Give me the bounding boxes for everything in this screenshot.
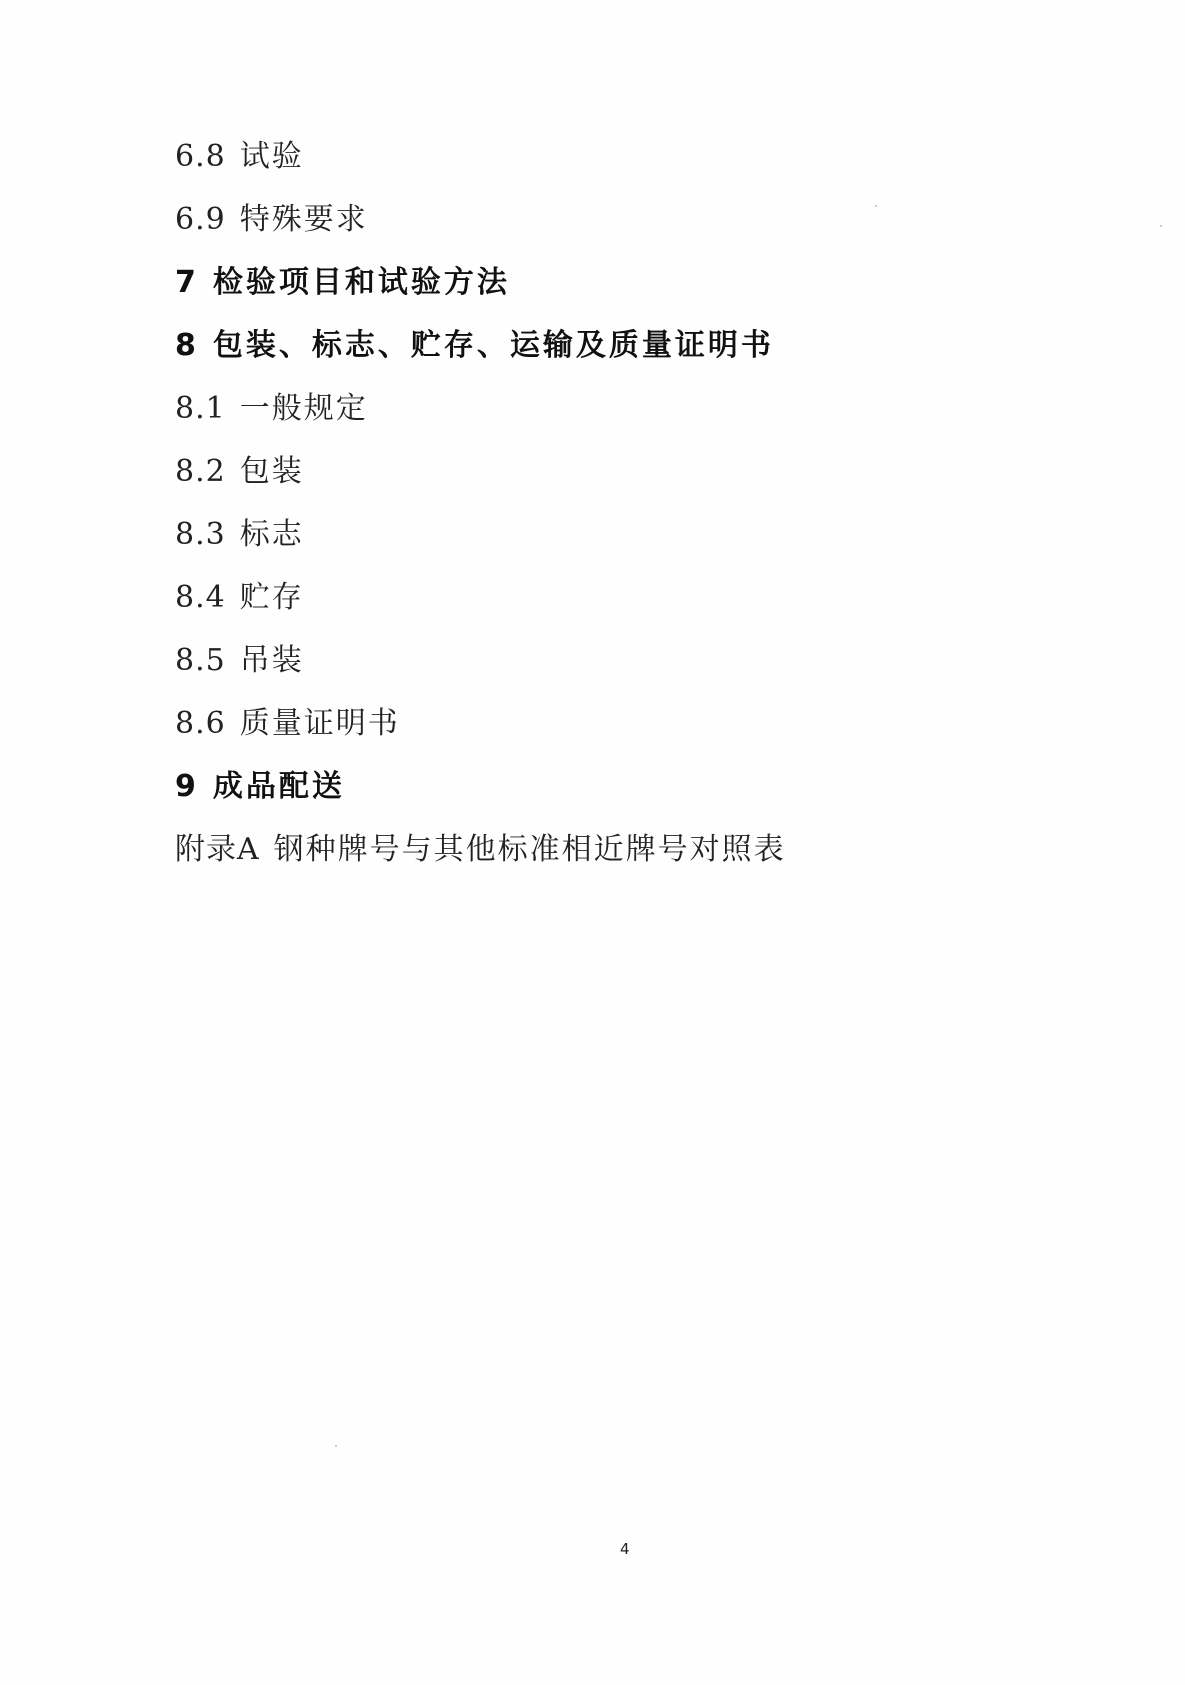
toc-entry-title: 包装、标志、贮存、运输及质量证明书 [213,328,774,363]
toc-entry-number: 附录A [175,829,260,871]
toc-entry-number: 7 [175,262,197,304]
toc-entry-title: 钢种牌号与其他标准相近牌号对照表 [274,832,786,867]
toc-entry-8-1: 8.1一般规定 [175,388,786,451]
table-of-contents: 6.8试验 6.9特殊要求 7检验项目和试验方法 8包装、标志、贮存、运输及质量… [175,136,786,892]
page-number: 4 [620,1540,630,1558]
toc-entry-title: 一般规定 [240,391,368,426]
toc-entry-8-5: 8.5吊装 [175,640,786,703]
scan-speck [1160,225,1162,227]
toc-entry-8-4: 8.4贮存 [175,577,786,640]
toc-entry-9: 9成品配送 [175,766,786,829]
toc-entry-title: 质量证明书 [240,706,400,741]
toc-entry-number: 9 [175,766,197,808]
toc-entry-title: 检验项目和试验方法 [213,265,510,300]
toc-entry-title: 成品配送 [213,769,345,804]
toc-entry-title: 特殊要求 [240,202,368,237]
toc-entry-number: 8.2 [175,451,226,493]
toc-entry-number: 6.8 [175,136,226,178]
toc-entry-8-3: 8.3标志 [175,514,786,577]
toc-entry-8: 8包装、标志、贮存、运输及质量证明书 [175,325,786,388]
scan-speck [335,1445,337,1447]
document-page: 6.8试验 6.9特殊要求 7检验项目和试验方法 8包装、标志、贮存、运输及质量… [0,0,1185,1685]
toc-entry-number: 8.3 [175,514,226,556]
toc-entry-number: 8.4 [175,577,226,619]
toc-entry-number: 8 [175,325,197,367]
toc-entry-title: 试验 [240,139,304,174]
toc-entry-number: 8.5 [175,640,226,682]
toc-entry-number: 6.9 [175,199,226,241]
toc-entry-title: 标志 [240,517,304,552]
toc-entry-appendix-a: 附录A钢种牌号与其他标准相近牌号对照表 [175,829,786,892]
toc-entry-6-9: 6.9特殊要求 [175,199,786,262]
toc-entry-title: 贮存 [240,580,304,615]
toc-entry-number: 8.6 [175,703,226,745]
toc-entry-6-8: 6.8试验 [175,136,786,199]
toc-entry-8-6: 8.6质量证明书 [175,703,786,766]
toc-entry-7: 7检验项目和试验方法 [175,262,786,325]
toc-entry-title: 包装 [240,454,304,489]
toc-entry-number: 8.1 [175,388,226,430]
toc-entry-title: 吊装 [240,643,304,678]
scan-speck [875,205,877,207]
toc-entry-8-2: 8.2包装 [175,451,786,514]
